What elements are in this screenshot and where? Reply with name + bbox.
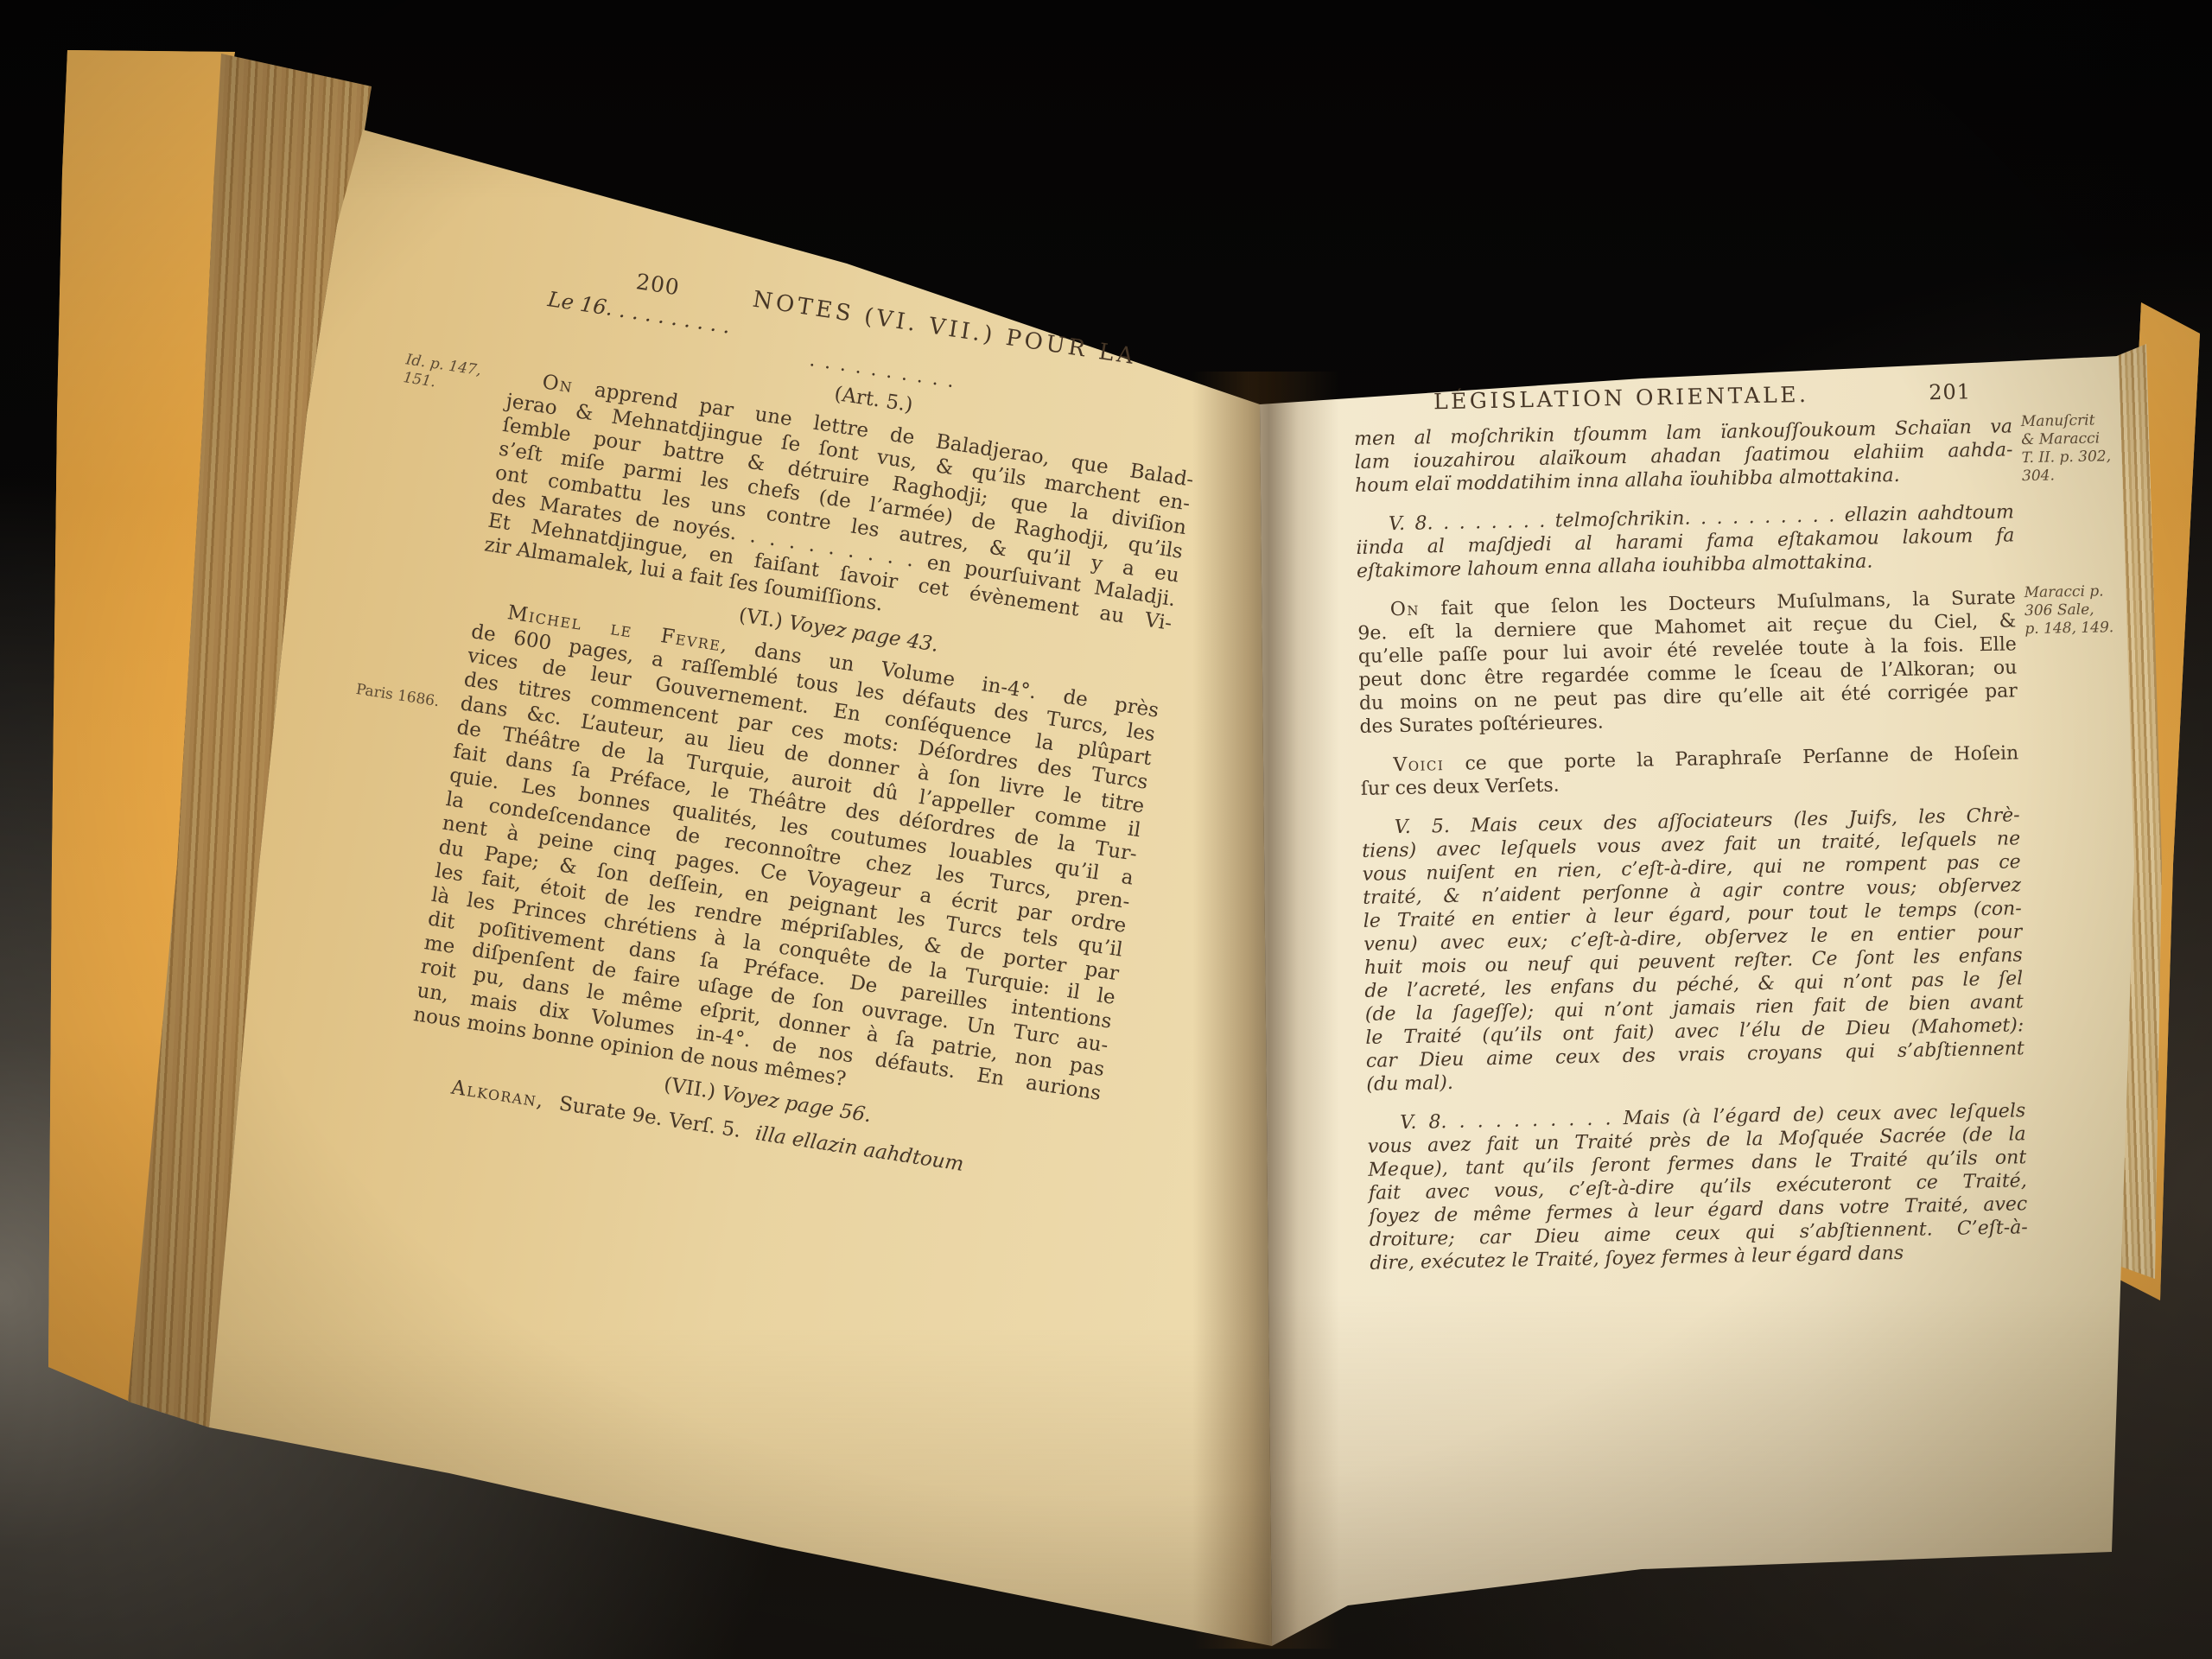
right-page-text: LÉGISLATION ORIENTALE. 201 Manuſcrit & M…	[1353, 377, 2070, 1274]
right-paragraph-1: Manuſcrit & Maracci T. II. p. 302, 304. …	[1354, 414, 2055, 498]
right-paragraph-2: V. 8. . . . . . . . telmoſchrikin. . . .…	[1356, 499, 2056, 583]
right-paragraph-3: Maracci p. 306 Sale, p. 148, 149. On fai…	[1357, 585, 2060, 739]
left-page-text: 200 NOTES (VI. VII.) POUR LA Le 16. . . …	[402, 252, 1246, 1200]
right-folio: 201	[1929, 379, 1971, 404]
right-paragraph-4: Voici ce que porte la Paraphraſe Perſann…	[1360, 741, 2061, 801]
margin-note-manuscrit-maracci: Manuſcrit & Maracci T. II. p. 302, 304.	[2021, 411, 2112, 486]
right-running-title: LÉGISLATION ORIENTALE.	[1353, 380, 1889, 416]
right-paragraph-6: V. 8. . . . . . . . . . Mais (à l’égard …	[1367, 1098, 2069, 1275]
left-folio: 200	[634, 269, 681, 300]
gutter-shadow	[1192, 372, 1339, 1649]
margin-note-maracci-sale: Maracci p. 306 Sale, p. 148, 149.	[2024, 582, 2113, 639]
right-paragraph-5: V. 5. Mais ceux des aſſociateurs (les Ju…	[1361, 803, 2066, 1096]
book-photograph: { "photo": { "subject": "open antique bo…	[0, 0, 2212, 1659]
